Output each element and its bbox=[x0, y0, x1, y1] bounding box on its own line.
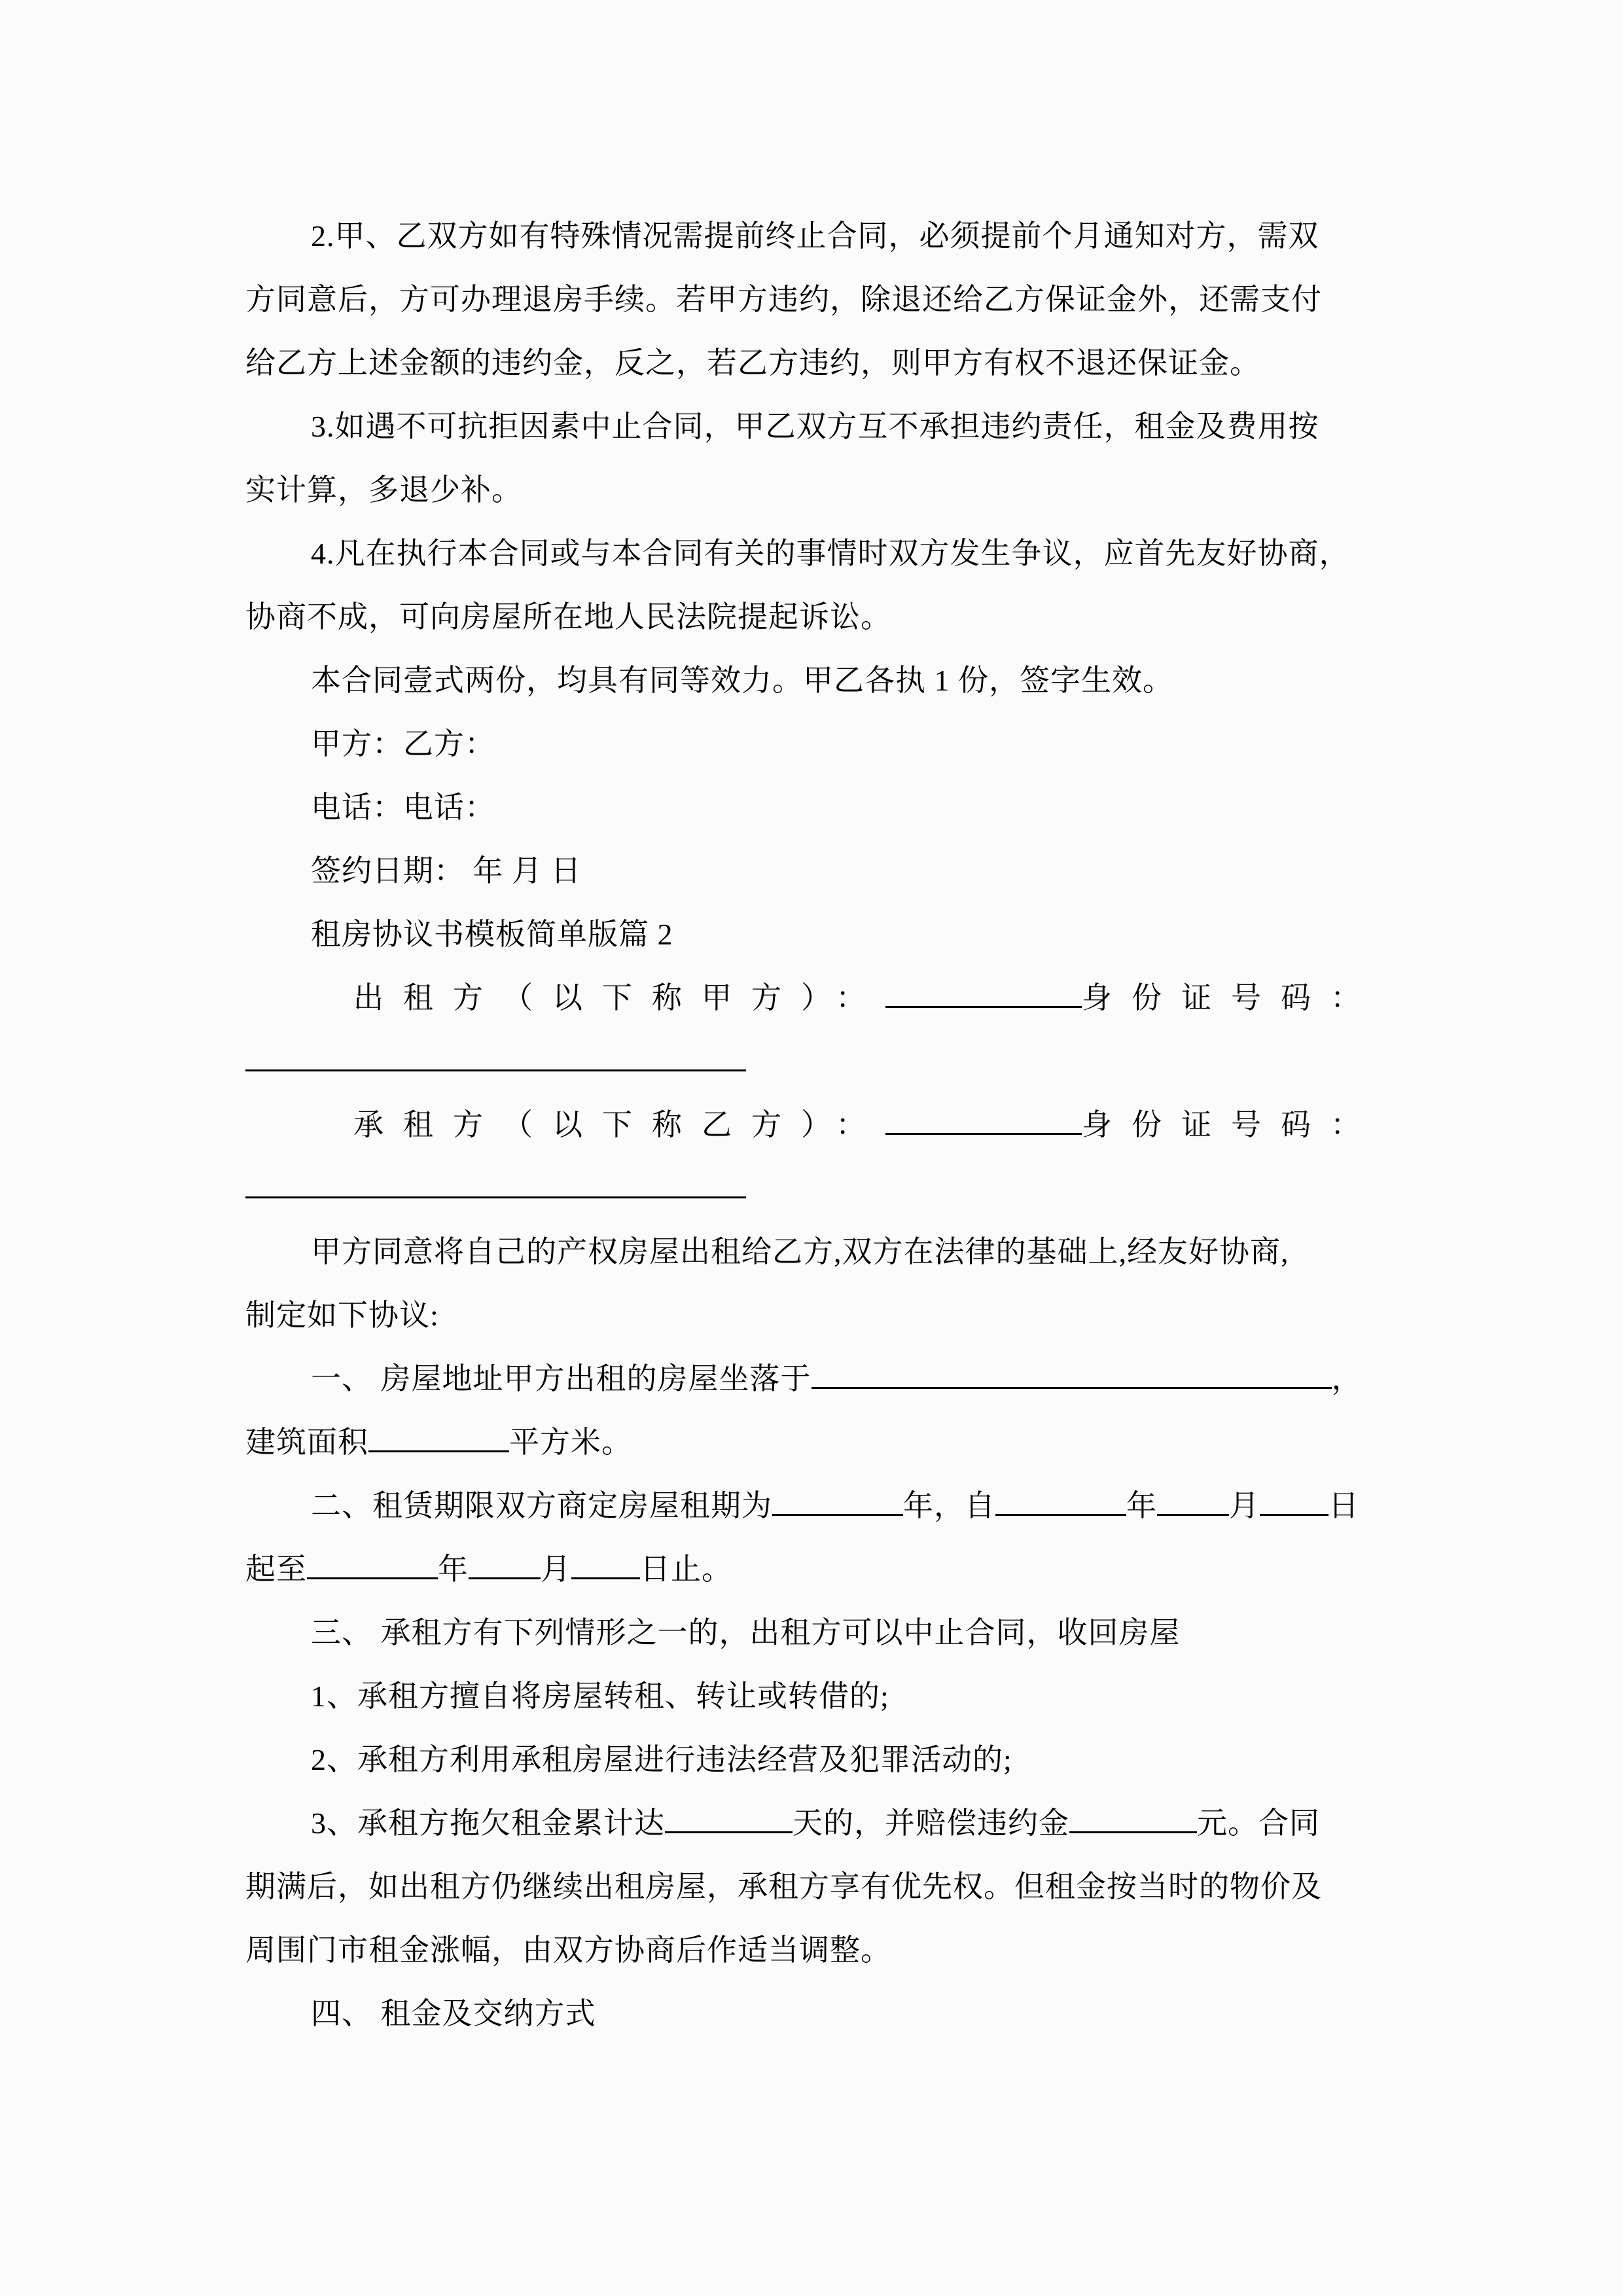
text-line: 三、 承租方有下列情形之一的，出租方可以中止合同，收回房屋 bbox=[245, 1601, 1417, 1664]
line-text: 电话：电话： bbox=[311, 791, 495, 824]
text-line: 出租方（以下称甲方）：身份证号码： bbox=[245, 966, 1417, 1030]
text-line: 实计算，多退少补。 bbox=[245, 458, 1417, 522]
text-line: 起至年月日止。 bbox=[245, 1537, 1417, 1601]
line-text: 签约日期： 年 月 日 bbox=[311, 854, 582, 888]
text-line: 3、承租方拖欠租金累计达天的，并赔偿违约金元。合同 bbox=[245, 1791, 1417, 1855]
line-text: 起至 bbox=[245, 1552, 307, 1586]
blank-fill-field bbox=[665, 1830, 793, 1833]
line-text: 4.凡在执行本合同或与本合同有关的事情时双方发生争议，应首先友好协商， bbox=[311, 537, 1350, 570]
text-line: 承租方（以下称乙方）：身份证号码： bbox=[245, 1093, 1417, 1157]
text-line: 4.凡在执行本合同或与本合同有关的事情时双方发生争议，应首先友好协商， bbox=[245, 522, 1417, 585]
blank-fill-field bbox=[571, 1576, 640, 1579]
blank-fill-field bbox=[245, 1068, 746, 1071]
text-line: 3.如遇不可抗拒因素中止合同，甲乙双方互不承担违约责任，租金及费用按 bbox=[245, 395, 1417, 458]
text-line: 周围门市租金涨幅，由双方协商后作适当调整。 bbox=[245, 1918, 1417, 1982]
line-text: 承租方（以下称乙方）： bbox=[353, 1108, 885, 1141]
line-text: 日止。 bbox=[640, 1552, 732, 1586]
line-text: 建筑面积 bbox=[245, 1426, 368, 1459]
line-text: 三、 承租方有下列情形之一的，出租方可以中止合同，收回房屋 bbox=[311, 1616, 1181, 1649]
line-text: 2、承租方利用承租房屋进行违法经营及犯罪活动的; bbox=[311, 1743, 1012, 1776]
line-text: 月 bbox=[1229, 1489, 1260, 1522]
line-text: 平方米。 bbox=[509, 1426, 632, 1459]
text-line: 建筑面积平方米。 bbox=[245, 1410, 1417, 1474]
line-text: 协商不成，可向房屋所在地人民法院提起诉讼。 bbox=[245, 600, 891, 634]
document-page: 2.甲、乙双方如有特殊情况需提前终止合同，必须提前个月通知对方，需双方同意后，方… bbox=[0, 0, 1623, 2296]
blank-fill-field bbox=[245, 1195, 746, 1198]
blank-fill-field bbox=[995, 1513, 1126, 1516]
line-text: 身份证号码： bbox=[1082, 981, 1380, 1014]
blank-fill-field bbox=[1260, 1513, 1329, 1516]
line-text: 周围门市租金涨幅，由双方协商后作适当调整。 bbox=[245, 1933, 891, 1967]
blank-fill-field bbox=[772, 1513, 903, 1516]
text-line bbox=[245, 1157, 1417, 1220]
line-text: 天的，并赔偿违约金 bbox=[793, 1806, 1069, 1840]
line-text: 甲方：乙方： bbox=[311, 727, 495, 761]
line-text: 出租方（以下称甲方）： bbox=[353, 981, 885, 1014]
line-text: 四、 租金及交纳方式 bbox=[311, 1997, 596, 2030]
blank-fill-field bbox=[1157, 1513, 1229, 1516]
line-text: 制定如下协议: bbox=[245, 1299, 439, 1332]
line-text: 3.如遇不可抗拒因素中止合同，甲乙双方互不承担违约责任，租金及费用按 bbox=[311, 410, 1319, 443]
document-body: 2.甲、乙双方如有特殊情况需提前终止合同，必须提前个月通知对方，需双方同意后，方… bbox=[245, 204, 1417, 2045]
text-line: 给乙方上述金额的违约金，反之，若乙方违约，则甲方有权不退还保证金。 bbox=[245, 331, 1417, 395]
line-text: 元。合同 bbox=[1197, 1806, 1320, 1840]
line-text: 身份证号码： bbox=[1082, 1108, 1380, 1141]
line-text: 年，自 bbox=[903, 1489, 995, 1522]
line-text: 1、承租方擅自将房屋转租、转让或转借的; bbox=[311, 1679, 889, 1713]
text-line: 电话：电话： bbox=[245, 776, 1417, 839]
text-line: 2、承租方利用承租房屋进行违法经营及犯罪活动的; bbox=[245, 1728, 1417, 1791]
text-line: 租房协议书模板简单版篇 2 bbox=[245, 903, 1417, 966]
line-text: 3、承租方拖欠租金累计达 bbox=[311, 1806, 665, 1840]
line-text: 甲方同意将自己的产权房屋出租给乙方,双方在法律的基础上,经友好协商, bbox=[311, 1235, 1289, 1268]
blank-fill-field bbox=[469, 1576, 541, 1579]
line-text: 二、租赁期限双方商定房屋租期为 bbox=[311, 1489, 772, 1522]
line-text: 租房协议书模板简单版篇 2 bbox=[311, 918, 673, 951]
line-text: 2.甲、乙双方如有特殊情况需提前终止合同，必须提前个月通知对方，需双 bbox=[311, 219, 1319, 253]
line-text: 一、 房屋地址甲方出租的房屋坐落于 bbox=[311, 1362, 811, 1395]
text-line: 四、 租金及交纳方式 bbox=[245, 1982, 1417, 2045]
line-text: 给乙方上述金额的违约金，反之，若乙方违约，则甲方有权不退还保证金。 bbox=[245, 346, 1260, 380]
line-text: 期满后，如出租方仍继续出租房屋，承租方享有优先权。但租金按当时的物价及 bbox=[245, 1870, 1322, 1903]
blank-fill-field bbox=[307, 1576, 438, 1579]
blank-fill-field bbox=[811, 1386, 1332, 1389]
text-line: 甲方同意将自己的产权房屋出租给乙方,双方在法律的基础上,经友好协商, bbox=[245, 1220, 1417, 1283]
line-text: 方同意后，方可办理退房手续。若甲方违约，除退还给乙方保证金外，还需支付 bbox=[245, 283, 1322, 316]
line-text: ， bbox=[1332, 1362, 1363, 1395]
line-text: 年 bbox=[1126, 1489, 1157, 1522]
blank-fill-field bbox=[1069, 1830, 1197, 1833]
blank-fill-field bbox=[885, 1132, 1082, 1135]
blank-fill-field bbox=[368, 1449, 509, 1452]
text-line: 2.甲、乙双方如有特殊情况需提前终止合同，必须提前个月通知对方，需双 bbox=[245, 204, 1417, 268]
text-line: 制定如下协议: bbox=[245, 1283, 1417, 1347]
line-text: 月 bbox=[541, 1552, 571, 1586]
line-text: 年 bbox=[438, 1552, 469, 1586]
text-line: 协商不成，可向房屋所在地人民法院提起诉讼。 bbox=[245, 585, 1417, 649]
text-line: 甲方：乙方： bbox=[245, 712, 1417, 776]
line-text: 日 bbox=[1329, 1489, 1359, 1522]
text-line: 签约日期： 年 月 日 bbox=[245, 839, 1417, 903]
line-text: 实计算，多退少补。 bbox=[245, 473, 522, 507]
text-line: 二、租赁期限双方商定房屋租期为年，自年月日 bbox=[245, 1474, 1417, 1537]
text-line: 期满后，如出租方仍继续出租房屋，承租方享有优先权。但租金按当时的物价及 bbox=[245, 1855, 1417, 1918]
text-line: 1、承租方擅自将房屋转租、转让或转借的; bbox=[245, 1664, 1417, 1728]
line-text: 本合同壹式两份，均具有同等效力。甲乙各执 1 份，签字生效。 bbox=[311, 664, 1173, 697]
blank-fill-field bbox=[885, 1005, 1082, 1008]
text-line: 方同意后，方可办理退房手续。若甲方违约，除退还给乙方保证金外，还需支付 bbox=[245, 268, 1417, 331]
text-line: 一、 房屋地址甲方出租的房屋坐落于， bbox=[245, 1347, 1417, 1410]
text-line: 本合同壹式两份，均具有同等效力。甲乙各执 1 份，签字生效。 bbox=[245, 649, 1417, 712]
text-line bbox=[245, 1030, 1417, 1093]
